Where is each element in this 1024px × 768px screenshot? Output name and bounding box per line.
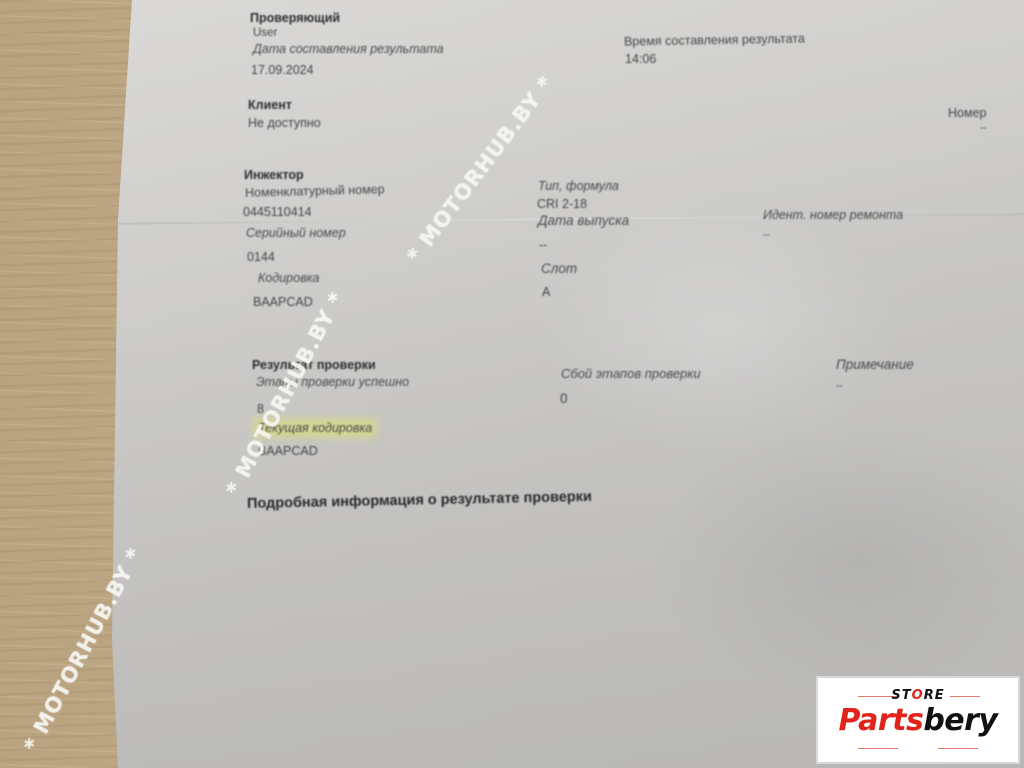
logo-brand-black: bery — [923, 703, 997, 738]
injector-section-label: Инжектор — [244, 168, 304, 182]
release-date-label: Дата выпуска — [538, 213, 629, 228]
number-value: -- — [980, 123, 987, 134]
date-value: 17.09.2024 — [251, 63, 314, 77]
type-value: CRI 2-18 — [537, 197, 587, 211]
release-date-value: -- — [539, 238, 547, 252]
coding-label: Кодировка — [258, 271, 319, 285]
logo-brand-red: Parts — [839, 703, 924, 738]
client-label: Клиент — [248, 98, 292, 112]
stages-fail-label: Сбой этапов проверки — [561, 366, 701, 381]
details-heading: Подробная информация о результате провер… — [247, 489, 592, 512]
slot-label: Слот — [541, 261, 577, 276]
time-label: Время составления результата — [624, 31, 805, 48]
inspector-value: User — [253, 27, 277, 39]
inspector-label: Проверяющий — [250, 11, 340, 25]
coding-value: BAAPCAD — [253, 295, 313, 309]
number-label: Номер — [948, 106, 986, 120]
logo-store-post: RE — [924, 688, 945, 703]
part-number-value: 0445110414 — [243, 205, 312, 219]
stages-fail-value: 0 — [560, 391, 568, 406]
logo-decor-line — [858, 748, 898, 749]
repair-id-value: -- — [763, 230, 770, 241]
partsbery-store-logo: STORE Partsbery — [818, 678, 1018, 762]
logo-store-text: STORE — [818, 688, 1018, 703]
repair-id-label: Идент. номер ремонта — [763, 208, 903, 222]
note-label: Примечание — [836, 357, 914, 372]
slot-value: A — [542, 285, 550, 299]
client-value: Не доступно — [248, 116, 321, 130]
part-number-label: Номенклатурный номер — [245, 182, 385, 200]
logo-store-pre: ST — [891, 688, 911, 703]
serial-value: 0144 — [247, 250, 275, 264]
time-value: 14:06 — [625, 52, 656, 66]
type-label: Тип, формула — [538, 179, 619, 193]
logo-decor-line — [938, 748, 978, 749]
date-label: Дата составления результата — [253, 42, 444, 56]
serial-label: Серийный номер — [246, 226, 346, 240]
logo-brand-text: Partsbery — [818, 703, 1018, 738]
note-value: -- — [836, 381, 843, 392]
logo-store-o: O — [912, 688, 924, 703]
